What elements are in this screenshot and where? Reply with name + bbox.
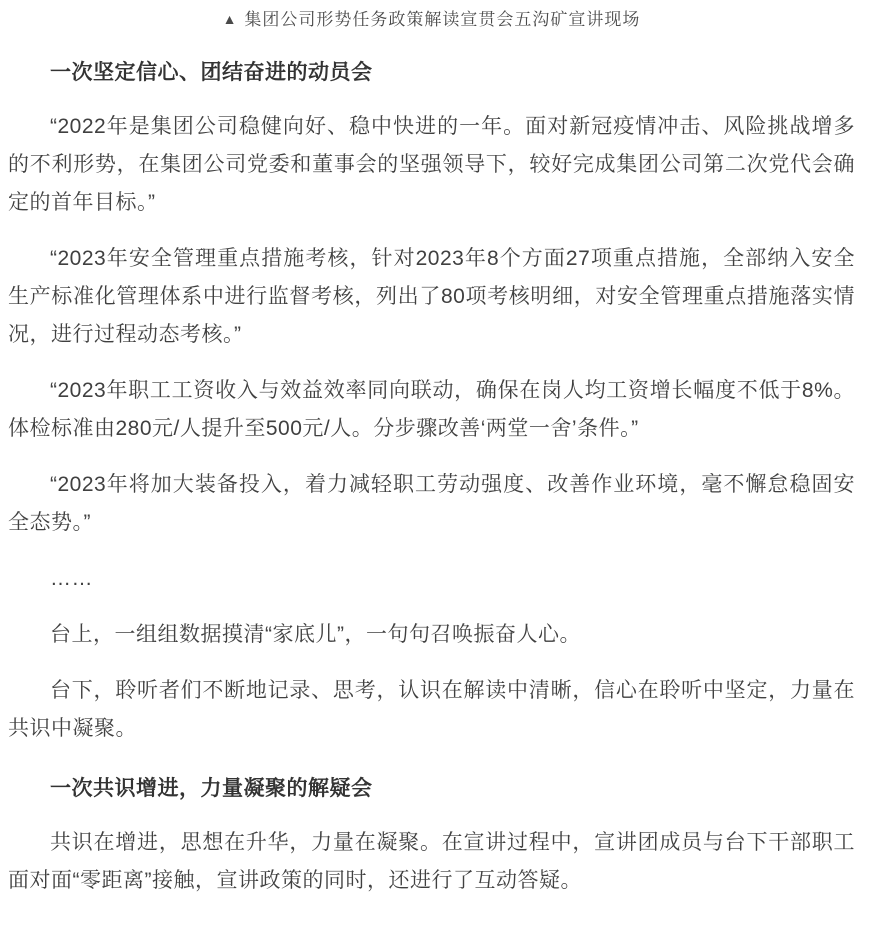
article-body: ▲集团公司形势任务政策解读宣贯会五沟矿宣讲现场 一次坚定信心、团结奋进的动员会 … [0, 8, 889, 938]
section-heading-2: 一次共识增进，力量凝聚的解疑会 [8, 776, 855, 802]
up-triangle-icon: ▲ [223, 11, 238, 27]
photo-caption-text: 集团公司形势任务政策解读宣贯会五沟矿宣讲现场 [244, 10, 640, 29]
paragraph-consensus: 共识在增进，思想在升华，力量在凝聚。在宣讲过程中，宣讲团成员与台下干部职工面对面… [8, 824, 855, 900]
paragraph-quote-2022: “2022年是集团公司稳健向好、稳中快进的一年。面对新冠疫情冲击、风险挑战增多的… [8, 108, 855, 222]
paragraph-stage-above: 台上，一组组数据摸清“家底儿”，一句句召唤振奋人心。 [8, 616, 855, 654]
paragraph-quote-safety: “2023年安全管理重点措施考核，针对2023年8个方面27项重点措施，全部纳入… [8, 240, 855, 354]
paragraph-quote-wages: “2023年职工工资收入与效益效率同向联动，确保在岗人均工资增长幅度不低于8%。… [8, 372, 855, 448]
paragraph-quote-equipment: “2023年将加大装备投入，着力减轻职工劳动强度、改善作业环境，毫不懈怠稳固安全… [8, 466, 855, 542]
section-heading-1: 一次坚定信心、团结奋进的动员会 [8, 60, 855, 86]
photo-caption: ▲集团公司形势任务政策解读宣贯会五沟矿宣讲现场 [8, 8, 855, 32]
paragraph-ellipsis: …… [8, 560, 855, 598]
paragraph-stage-below: 台下，聆听者们不断地记录、思考，认识在解读中清晰，信心在聆听中坚定，力量在共识中… [8, 672, 855, 748]
